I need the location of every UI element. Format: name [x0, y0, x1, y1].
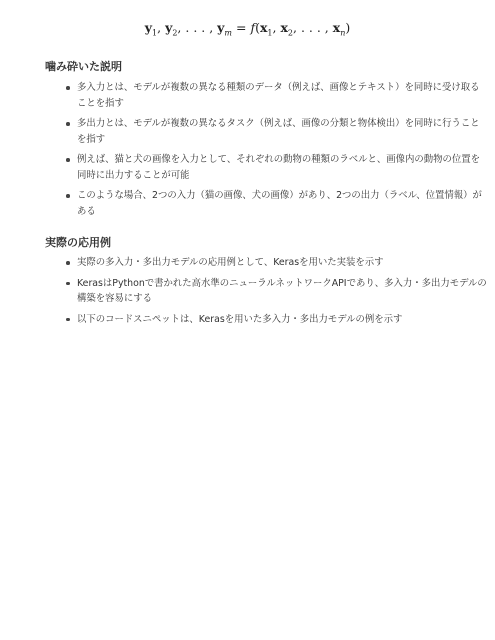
- section-heading-explanation: 噛み砕いた説明: [45, 58, 122, 74]
- list-item: KerasはPythonで書かれた高水準のニューラルネットワークAPIであり、多…: [77, 276, 487, 307]
- list-item: このような場合、2つの入力（猫の画像、犬の画像）があり、2つの出力（ラベル、位置…: [77, 188, 487, 219]
- section-heading-applications: 実際の応用例: [45, 234, 111, 250]
- applications-list: 実際の多入力・多出力モデルの応用例として、Kerasを用いた実装を示す Kera…: [45, 255, 487, 332]
- list-item: 多入力とは、モデルが複数の異なる種類のデータ（例えば、画像とテキスト）を同時に受…: [77, 80, 487, 111]
- explanation-list: 多入力とは、モデルが複数の異なる種類のデータ（例えば、画像とテキスト）を同時に受…: [45, 80, 487, 224]
- list-item: 以下のコードスニペットは、Kerasを用いた多入力・多出力モデルの例を示す: [77, 312, 487, 328]
- formula: y1, y2, . . . , ym = f(x1, x2, . . . , x…: [0, 20, 495, 38]
- formula-function: f: [250, 20, 255, 35]
- list-item: 例えば、猫と犬の画像を入力として、それぞれの動物の種類のラベルと、画像内の動物の…: [77, 152, 487, 183]
- list-item: 実際の多入力・多出力モデルの応用例として、Kerasを用いた実装を示す: [77, 255, 487, 271]
- list-item: 多出力とは、モデルが複数の異なるタスク（例えば、画像の分類と物体検出）を同時に行…: [77, 116, 487, 147]
